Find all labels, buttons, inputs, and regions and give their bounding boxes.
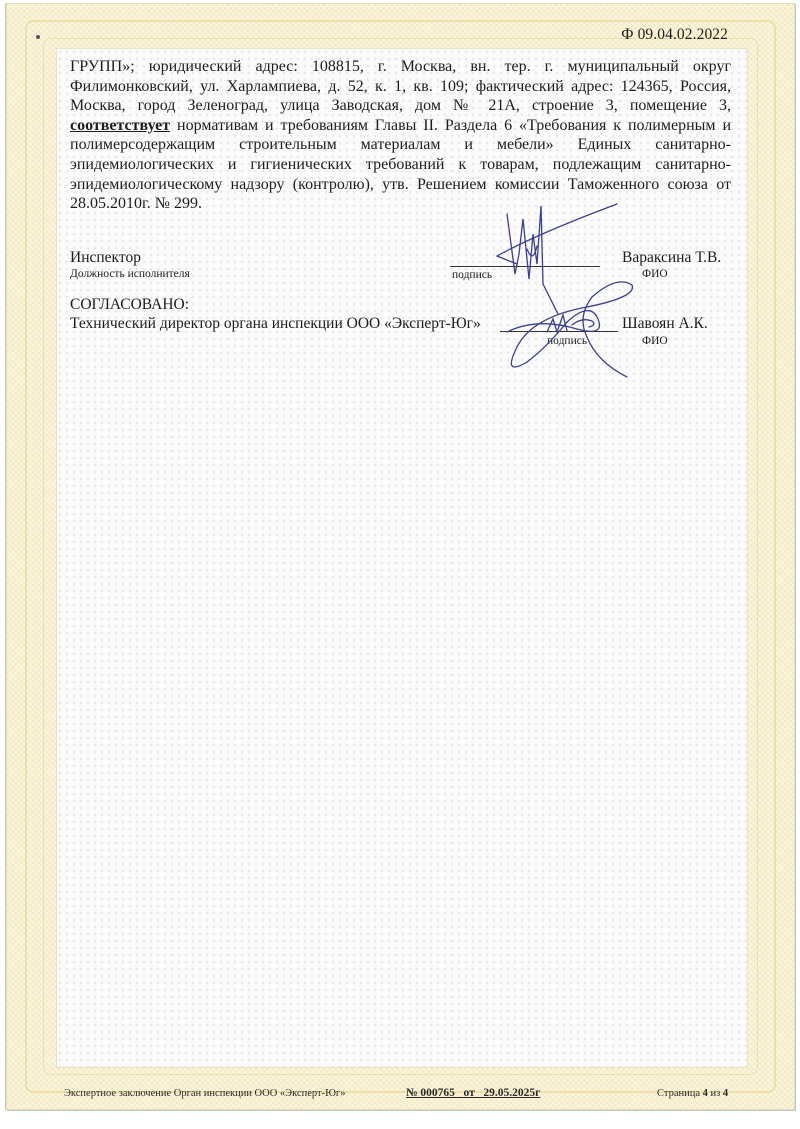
page-label: Страница: [657, 1088, 700, 1099]
page-total: 4: [723, 1088, 728, 1099]
scan-speck: [36, 35, 40, 39]
conclusion-paragraph: ГРУПП»; юридический адрес: 108815, г. Мо…: [70, 57, 731, 214]
inspector-name-caption: ФИО: [642, 268, 668, 280]
inspector-signature-caption: подпись: [452, 269, 492, 281]
approval-heading: СОГЛАСОВАНО:: [70, 296, 189, 314]
inspector-name: Вараксина Т.В.: [622, 249, 721, 267]
footer-page-indicator: Страница 4 из 4: [657, 1088, 728, 1099]
page-of: из: [711, 1088, 721, 1099]
approval-signature-line: [500, 331, 618, 332]
document-content-area: ГРУПП»; юридический адрес: 108815, г. Мо…: [56, 48, 748, 1068]
page-current: 4: [703, 1088, 708, 1099]
approval-signature-caption: подпись: [547, 335, 587, 347]
approval-name-caption: ФИО: [642, 335, 668, 347]
approval-position: Технический директор органа инспекции ОО…: [70, 315, 481, 333]
footer-document-title: Экспертное заключение Орган инспекции ОО…: [64, 1088, 345, 1099]
inspector-position: Инспектор: [70, 249, 141, 267]
approval-name: Шавоян А.К.: [622, 315, 708, 333]
footer-document-number: № 000765 от 29.05.2025г: [406, 1087, 540, 1099]
form-code: Ф 09.04.02.2022: [621, 26, 728, 44]
inspector-position-caption: Должность исполнителя: [70, 268, 190, 280]
paragraph-text-before: ГРУПП»; юридический адрес: 108815, г. Мо…: [70, 58, 731, 114]
document-page: Ф 09.04.02.2022 ГРУПП»; юридический адре…: [6, 3, 795, 1110]
conformity-verdict: соответствует: [70, 117, 170, 134]
paragraph-text-after: нормативам и требованиям Главы II. Разде…: [70, 117, 731, 212]
inspector-signature-line: [450, 266, 600, 267]
